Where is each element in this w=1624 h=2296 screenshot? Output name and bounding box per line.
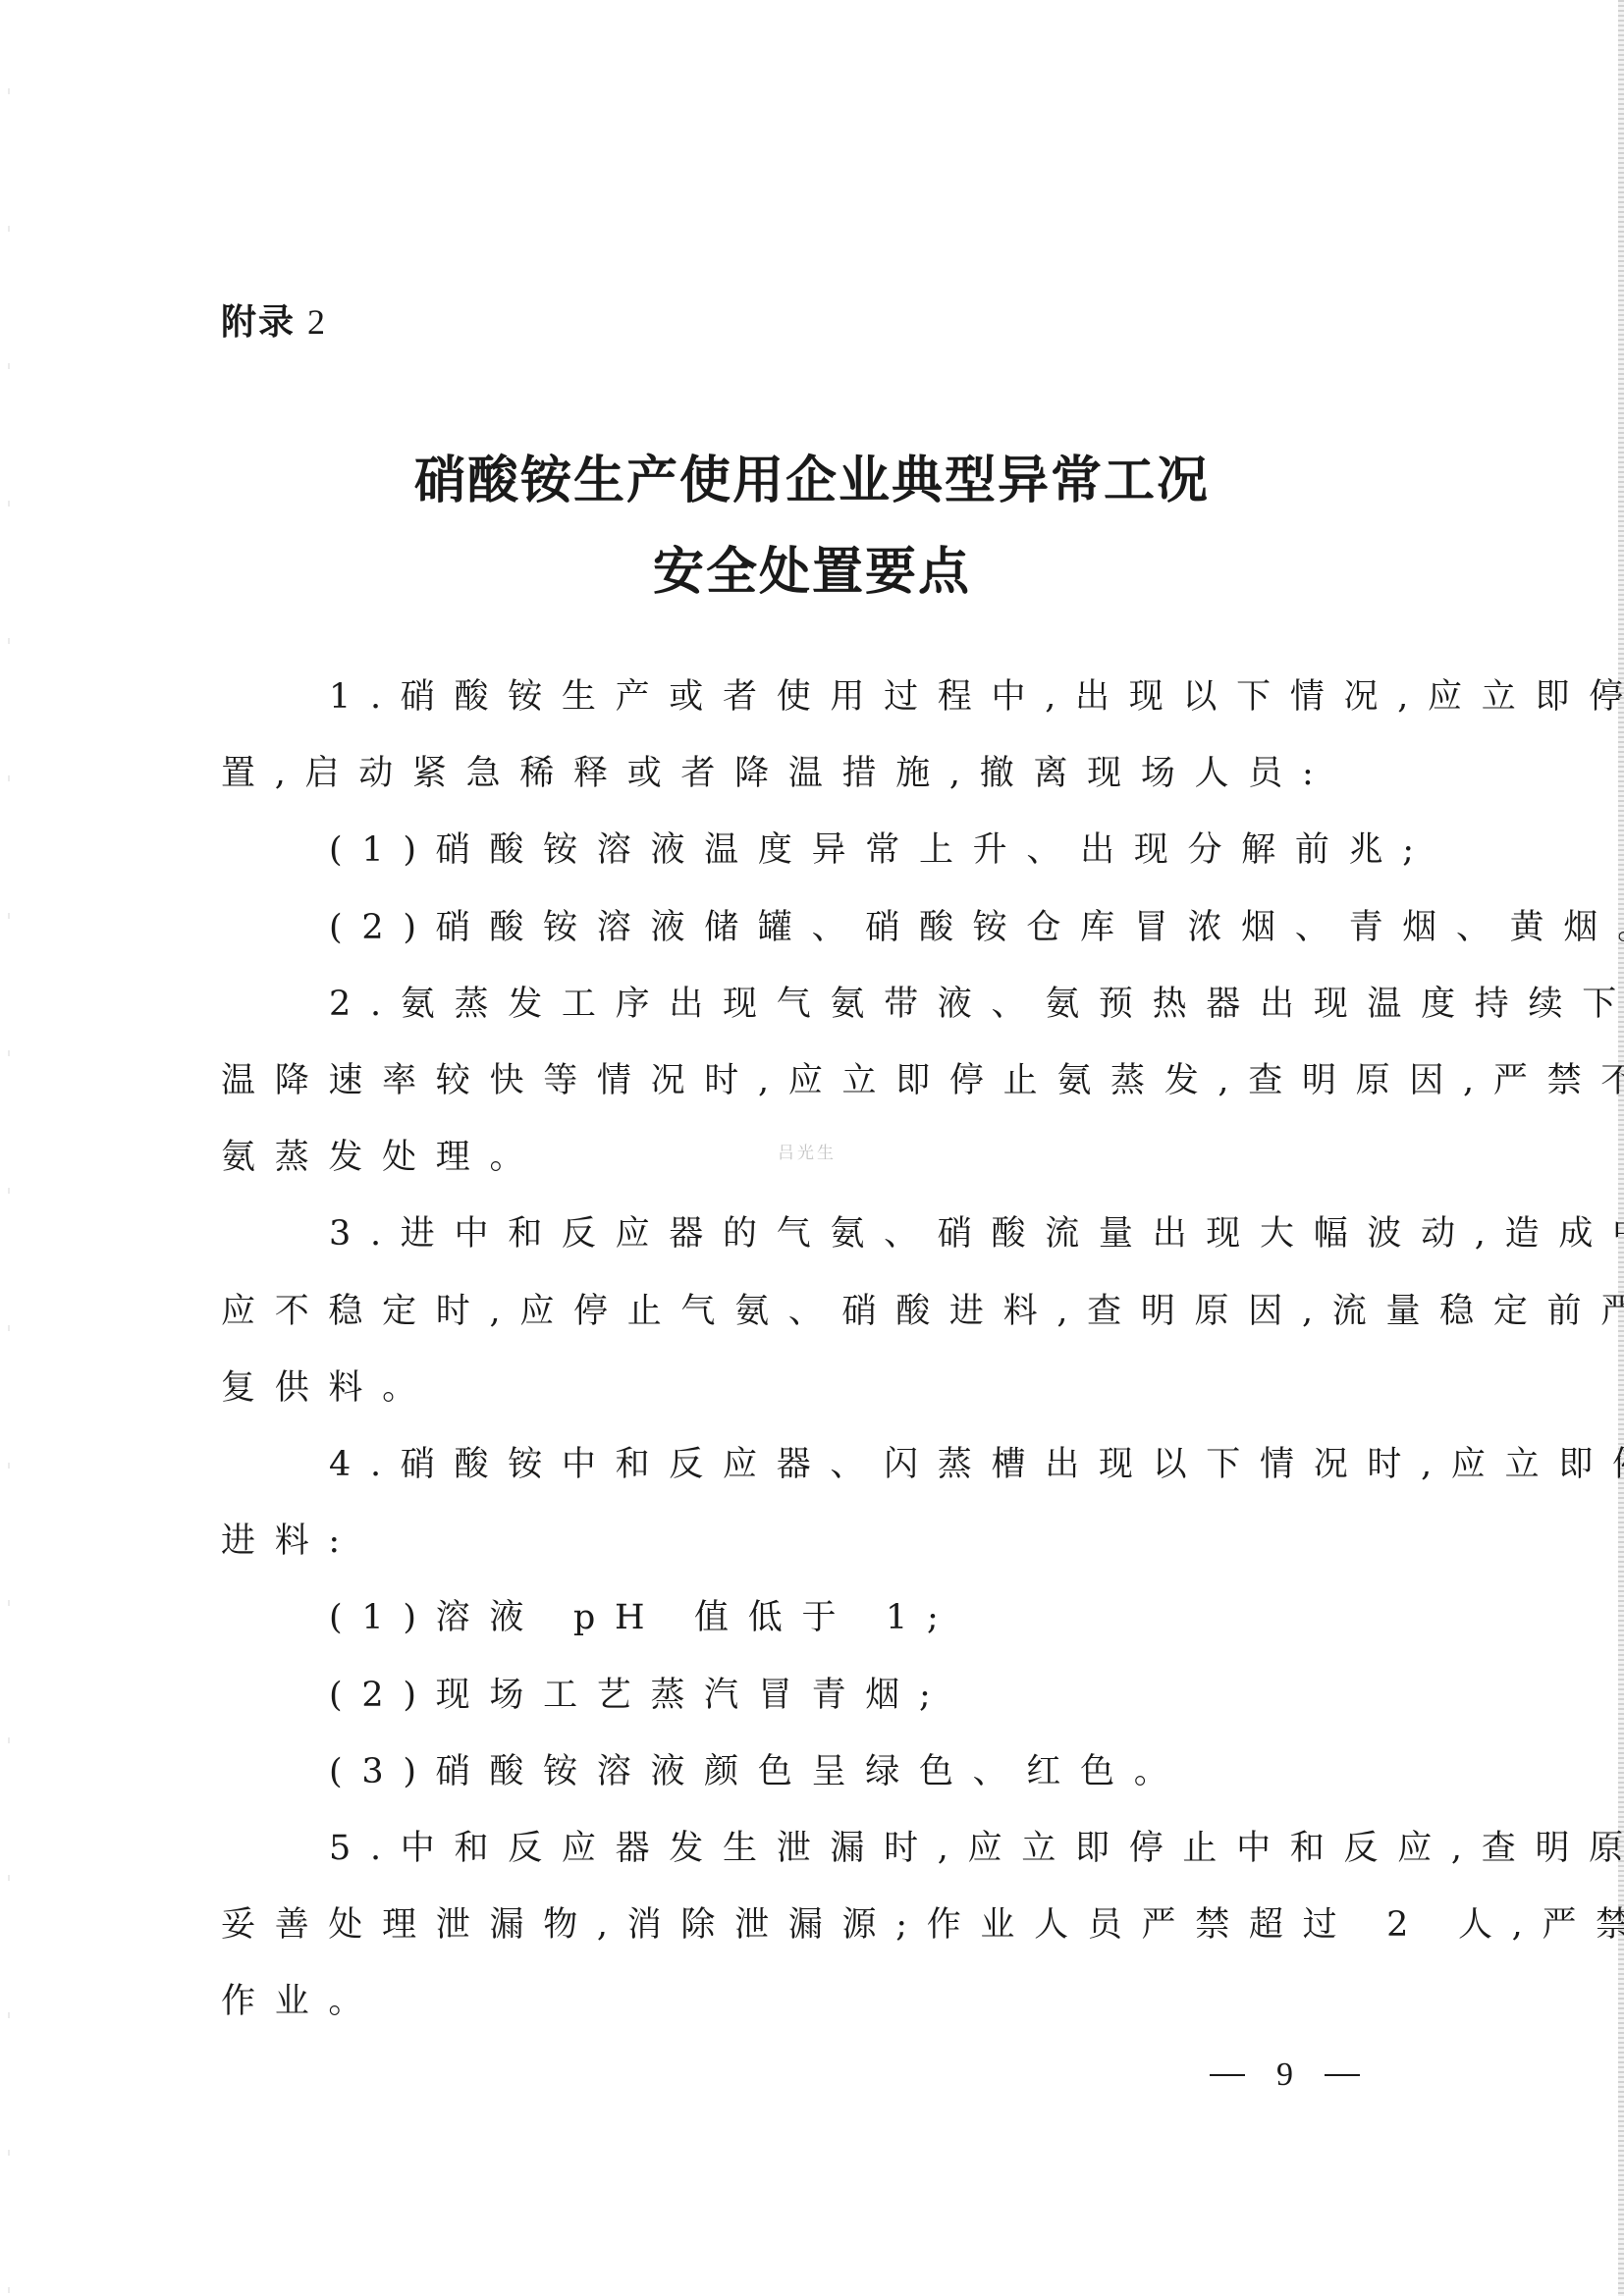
- body-line: 应不稳定时,应停止气氨、硝酸进料,查明原因,流量稳定前严禁恢: [221, 1273, 1414, 1350]
- body-line: (2)现场工艺蒸汽冒青烟;: [221, 1657, 1414, 1734]
- page-number-value: 9: [1276, 2056, 1293, 2095]
- body-line: 1.硝酸铵生产或者使用过程中,出现以下情况,应立即停车处: [221, 659, 1414, 735]
- body-line: (1)硝酸铵溶液温度异常上升、出现分解前兆;: [221, 812, 1414, 888]
- document-title-line-1: 硝酸铵生产使用企业典型异常工况: [0, 452, 1624, 510]
- body-line: (1)溶液 pH 值低于 1;: [221, 1579, 1414, 1656]
- page-number-dash-left: [1210, 2074, 1245, 2076]
- appendix-label: 附录2: [221, 300, 327, 345]
- body-line: (3)硝酸铵溶液颜色呈绿色、红色。: [221, 1734, 1414, 1810]
- body-line: 进料:: [221, 1503, 1414, 1579]
- appendix-label-text: 附录: [221, 302, 296, 343]
- body-line: 妥善处理泄漏物,消除泄漏源;作业人员严禁超过 2 人,严禁动火: [221, 1887, 1414, 1963]
- page-number-dash-right: [1325, 2074, 1360, 2076]
- body-line: 置,启动紧急稀释或者降温措施,撤离现场人员:: [221, 735, 1414, 812]
- body-line: 4.硝酸铵中和反应器、闪蒸槽出现以下情况时,应立即停止: [221, 1426, 1414, 1503]
- body-line: 作业。: [221, 1963, 1414, 2040]
- document-page: 附录2 硝酸铵生产使用企业典型异常工况 安全处置要点 1.硝酸铵生产或者使用过程…: [0, 0, 1624, 2296]
- scan-edge-artifact-left: [8, 0, 10, 2296]
- page-number: 9: [1210, 2056, 1360, 2095]
- body-line: 3.进中和反应器的气氨、硝酸流量出现大幅波动,造成中和反: [221, 1196, 1414, 1272]
- document-body: 1.硝酸铵生产或者使用过程中,出现以下情况,应立即停车处 置,启动紧急稀释或者降…: [221, 659, 1414, 2041]
- watermark: 吕光生: [778, 1139, 837, 1163]
- document-title-line-2: 安全处置要点: [0, 543, 1624, 602]
- body-line: 复供料。: [221, 1350, 1414, 1426]
- body-line: 温降速率较快等情况时,应立即停止氨蒸发,查明原因,严禁不停: [221, 1042, 1414, 1119]
- appendix-number: 2: [307, 302, 327, 342]
- body-line: 2.氨蒸发工序出现气氨带液、氨预热器出现温度持续下降且: [221, 966, 1414, 1042]
- scan-edge-artifact-right: [1618, 0, 1624, 2296]
- body-line: (2)硝酸铵溶液储罐、硝酸铵仓库冒浓烟、青烟、黄烟。: [221, 889, 1414, 966]
- body-line: 5.中和反应器发生泄漏时,应立即停止中和反应,查明原因,: [221, 1810, 1414, 1887]
